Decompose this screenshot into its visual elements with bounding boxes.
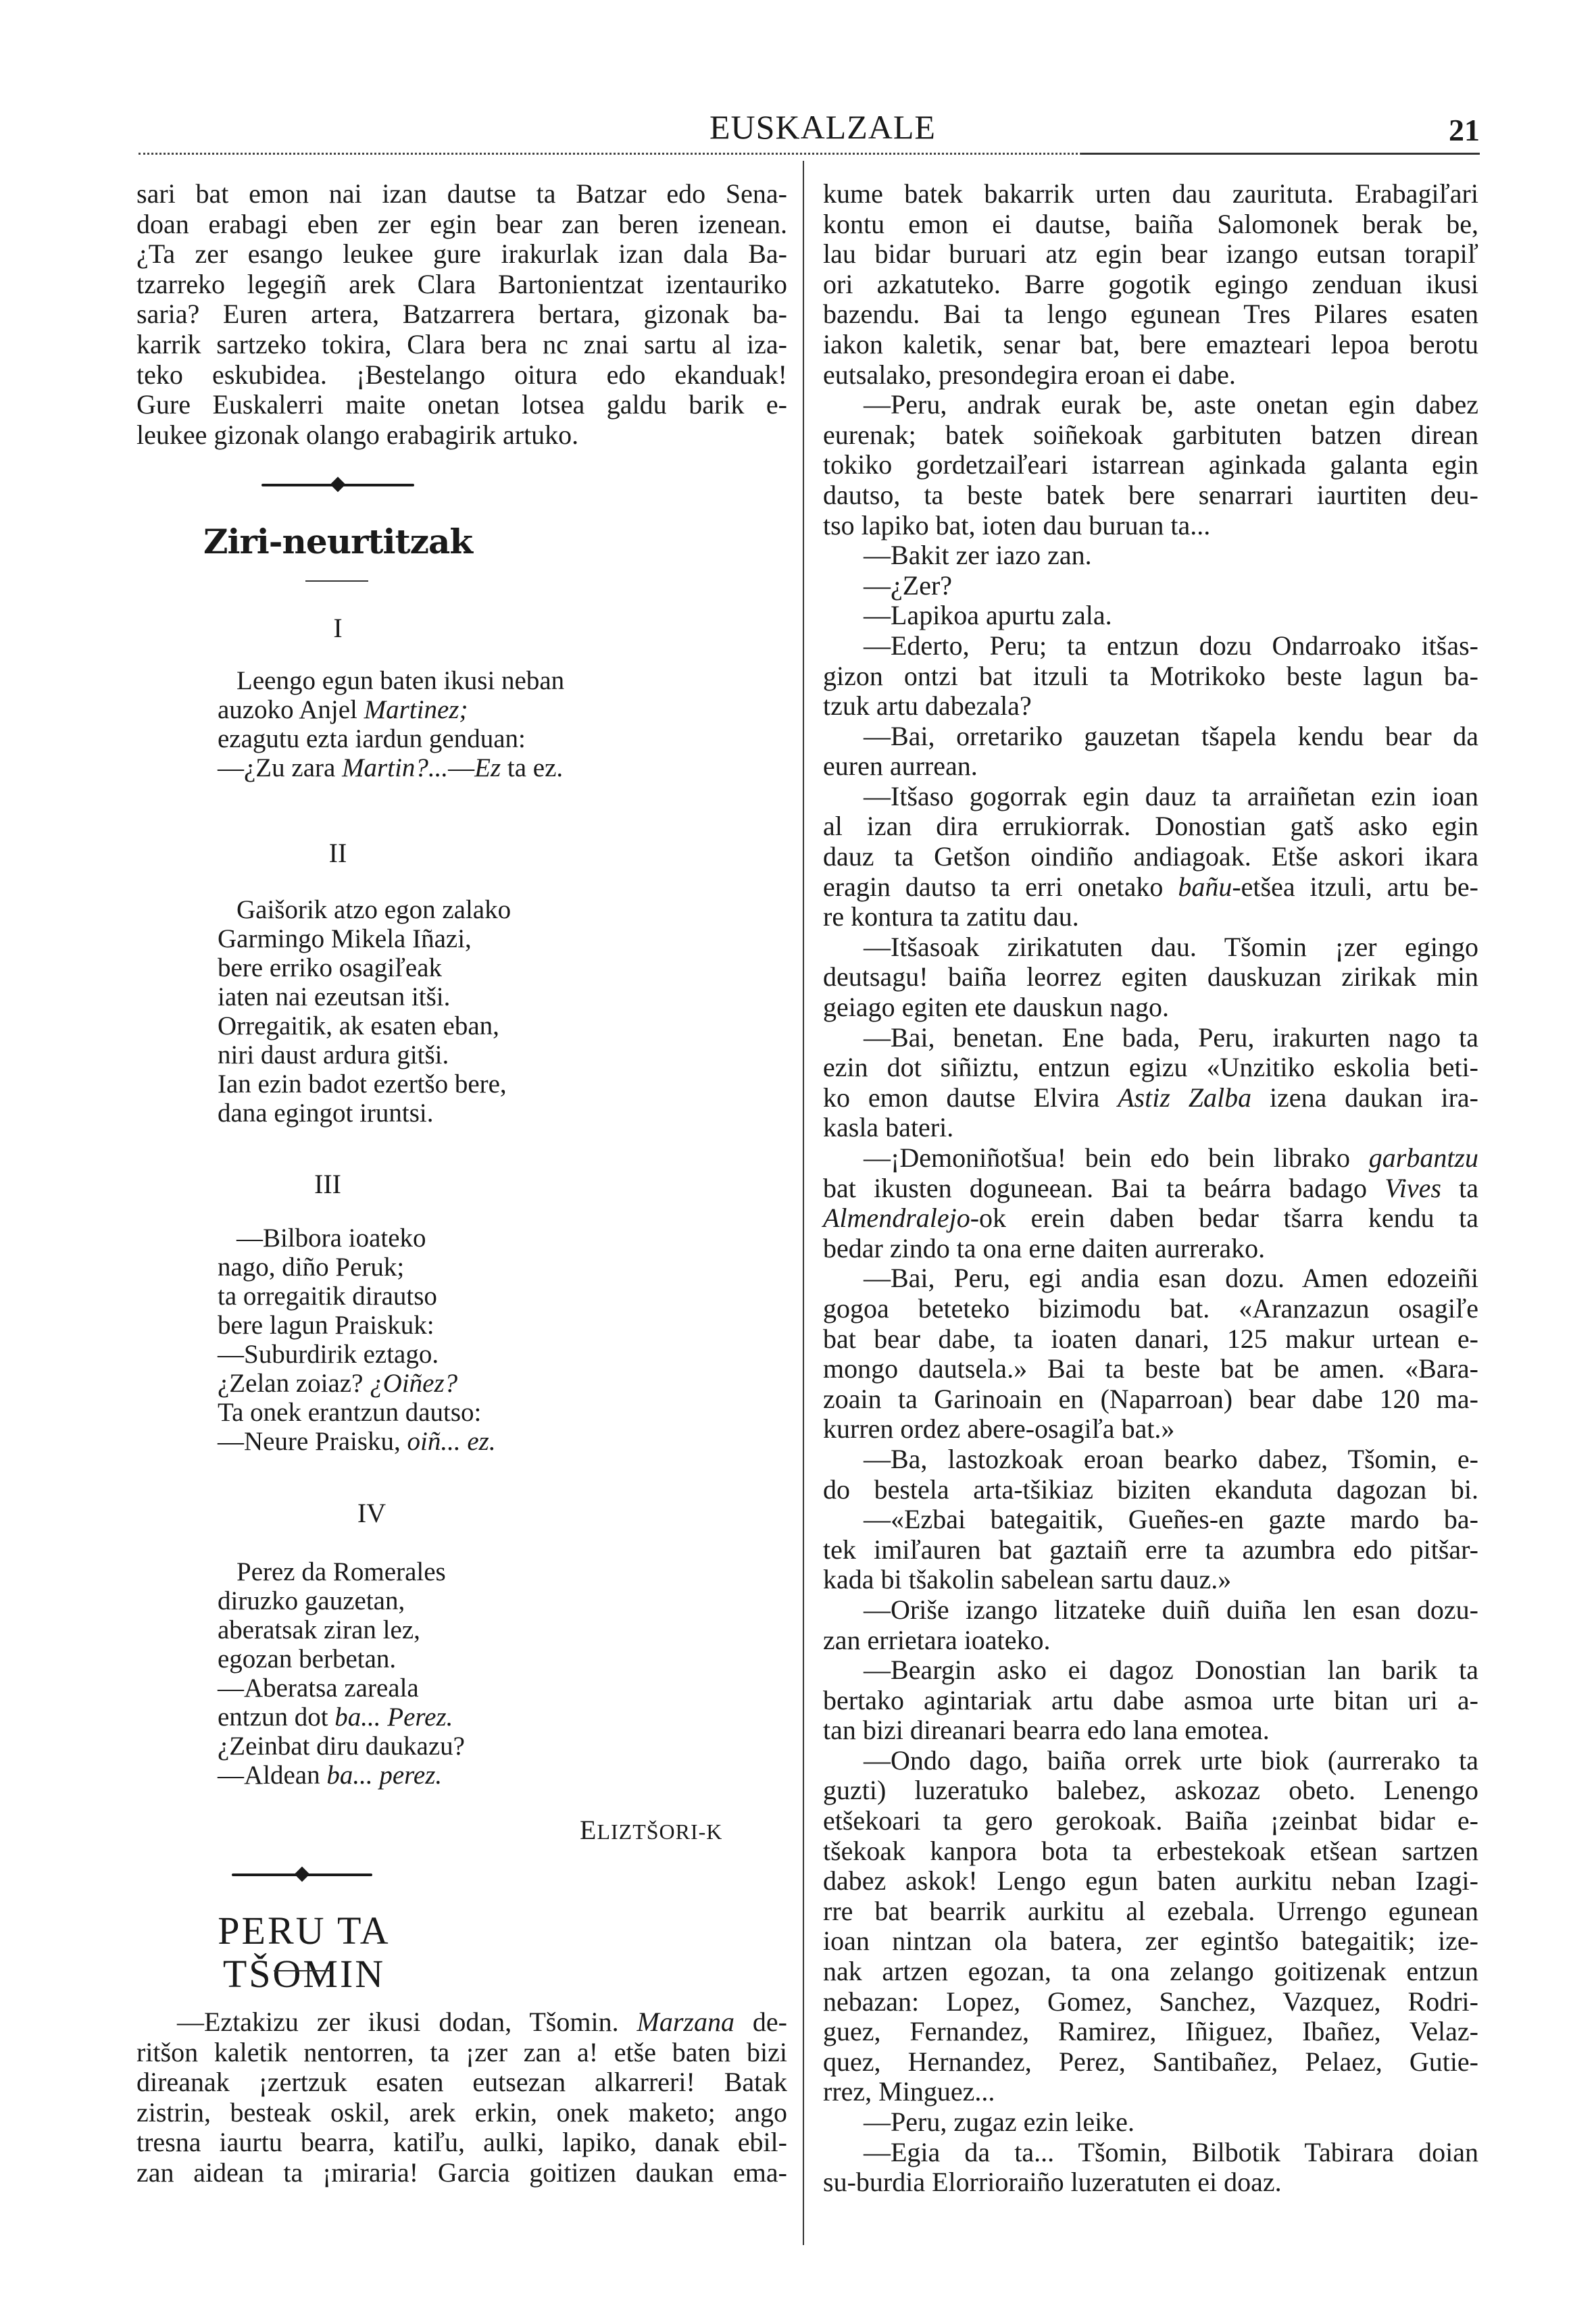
text-line: kontu emon ei dautse, baiña Salomonek be… — [823, 209, 1478, 240]
text-line: aberatsak ziran lez, — [218, 1615, 758, 1644]
text-run: Gaišorik atzo egon zalako — [236, 895, 511, 924]
signature-rest: LIZTŠORI-K — [597, 1819, 722, 1844]
text-line: tek imiľauren bat gaztaiñ erre ta azumbr… — [823, 1535, 1478, 1565]
text-run: ezagutu ezta iardun genduan: — [218, 724, 526, 753]
text-run: ¿Zeinbat diru daukazu? — [218, 1732, 465, 1761]
italic-text: ba... Perez. — [334, 1703, 453, 1732]
text-line: —Ondo dago, baiña orrek urte biok (aurre… — [823, 1746, 1478, 1776]
text-line: —Lapikoa apurtu zala. — [823, 601, 1478, 631]
text-line: —Peru, zugaz ezin leike. — [823, 2107, 1478, 2138]
text-line: Leengo egun baten ikusi neban — [218, 666, 758, 695]
italic-text: Almendralejo — [823, 1203, 970, 1233]
section-title-ziri-neurtitzak: Ziri-neurtitzak — [203, 520, 473, 563]
text-run: dana egingot iruntsi. — [218, 1099, 434, 1128]
text-run: —Egia da ta... Tšomin, Bilbotik Tabirara… — [864, 2137, 1478, 2167]
text-run: —¿Zer? — [864, 570, 952, 601]
text-run: ori azkatuteko. Barre gogotik egingo zen… — [823, 269, 1478, 299]
text-run: kume batek bakarrik urten dau zaurituta.… — [823, 178, 1478, 209]
text-line: doan erabagi eben zer egin bear zan bere… — [136, 209, 787, 240]
text-line: Almendralejo-ok erein daben bedar tšarra… — [823, 1203, 1478, 1234]
text-line: direanak ¡zertzuk esaten eutsezan alkarr… — [136, 2067, 787, 2098]
text-run: tšekoak kanpora bota ta erbestekoak etše… — [823, 1836, 1478, 1866]
text-run: guez, Fernandez, Ramirez, Iñiguez, Ibañe… — [823, 2016, 1478, 2046]
text-line: —Peru, andrak eurak be, aste onetan egin… — [823, 390, 1478, 420]
text-line: dautso, ta beste batek bere senarrari ia… — [823, 480, 1478, 511]
text-line: —«Ezbai bategaitik, Gueñes-en gazte mard… — [823, 1505, 1478, 1535]
text-line: —Suburdirik eztago. — [218, 1340, 758, 1369]
text-line: zan aidean ta ¡miraria! Garcia goitizen … — [136, 2158, 787, 2188]
text-run: dauz ta Getšon oindiño andiagoak. Etše a… — [823, 841, 1478, 872]
ornament-diamond-icon — [330, 477, 346, 493]
text-line: auzoko Anjel Martinez; — [218, 695, 758, 724]
text-run: gizon ontzi bat itzuli ta Motrikoko best… — [823, 661, 1478, 691]
stanza-3: —Bilbora ioatekonago, diño Peruk;ta orre… — [218, 1224, 758, 1456]
text-run: —¿Zu zara — [218, 753, 342, 782]
text-line: ta orregaitik dirautso — [218, 1282, 758, 1311]
title-underline-2 — [274, 1970, 331, 1971]
text-line: iaten nai ezeutsan itši. — [218, 982, 758, 1011]
text-line: tzuk artu dabezala? — [823, 691, 1478, 722]
text-line: Ian ezin badot ezertšo bere, — [218, 1070, 758, 1099]
text-run: bazendu. Bai ta lengo egunean Tres Pilar… — [823, 299, 1478, 329]
text-line: bere erriko osagiľeak — [218, 953, 758, 982]
text-run: Garmingo Mikela Iñazi, — [218, 924, 472, 953]
text-run: tzuk artu dabezala? — [823, 690, 1032, 721]
italic-text: Astiz Zalba — [1118, 1082, 1251, 1113]
text-line: karrik sartzeko tokira, Clara bera nc zn… — [136, 330, 787, 360]
text-run: —Aberatsa zareala — [218, 1674, 419, 1703]
header-rule-solid — [1081, 153, 1480, 155]
text-line: teko eskubidea. ¡Bestelango oitura edo e… — [136, 360, 787, 391]
text-line: guzti) luzeratuko balebez, askozaz obeto… — [823, 1776, 1478, 1806]
text-run: gogoa beteteko bizimodu bat. «Aranzazun … — [823, 1293, 1478, 1324]
text-run: teko eskubidea. ¡Bestelango oitura edo e… — [136, 359, 787, 390]
text-line: —¡Demoniñotšua! bein edo bein librako ga… — [823, 1143, 1478, 1174]
text-run: —Bai, Peru, egi andia esan dozu. Amen ed… — [864, 1263, 1478, 1293]
text-line: —Itšaso gogorrak egin dauz ta arraiñetan… — [823, 782, 1478, 812]
text-line: ioan nintzan ola batera, zer egintšo bat… — [823, 1926, 1478, 1957]
text-line: ¿Ta zer esango leukee gure irakurlak iza… — [136, 239, 787, 270]
text-run: ¿Zelan zoiaz? — [218, 1369, 370, 1398]
text-run: —Bai, benetan. Ene bada, Peru, irakurten… — [864, 1022, 1478, 1053]
text-run: diruzko gauzetan, — [218, 1586, 405, 1615]
text-run: guzti) luzeratuko balebez, askozaz obeto… — [823, 1775, 1478, 1805]
text-run: zan aidean ta ¡miraria! Garcia goitizen … — [136, 2157, 787, 2188]
page-number: 21 — [1419, 110, 1480, 151]
text-line: eragin dautso ta erri onetako bañu-etšea… — [823, 872, 1478, 903]
ornament-diamond-icon — [295, 1867, 310, 1882]
text-run: — — [448, 753, 474, 782]
intro-paragraph: sari bat emon nai izan dautse ta Batzar … — [136, 179, 787, 450]
text-run: auzoko Anjel — [218, 695, 364, 724]
text-line: niri daust ardura gitši. — [218, 1040, 758, 1070]
text-run: iakon kaletik, senar bat, bere emazteari… — [823, 329, 1478, 359]
text-line: dauz ta Getšon oindiño andiagoak. Etše a… — [823, 842, 1478, 872]
text-run: ta orregaitik dirautso — [218, 1282, 437, 1311]
text-run: nak artzen egozan, ta ona zelango goitiz… — [823, 1956, 1478, 1986]
text-line: —Itšasoak zirikatuten dau. Tšomin ¡zer e… — [823, 932, 1478, 963]
text-run: —Suburdirik eztago. — [218, 1340, 439, 1369]
text-run: —Neure Praisku, — [218, 1427, 407, 1456]
text-run: zan errietara ioateko. — [823, 1625, 1050, 1655]
text-line: Perez da Romerales — [218, 1557, 758, 1586]
italic-text: garbantzu — [1369, 1142, 1478, 1173]
text-line: Garmingo Mikela Iñazi, — [218, 924, 758, 953]
stanza-numeral-4: IV — [270, 1496, 473, 1530]
text-run: kada bi tšakolin sabelean sartu dauz.» — [823, 1564, 1231, 1594]
italic-text: oiñ... ez. — [407, 1427, 496, 1456]
text-line: zistrin, besteak oskil, arek erkin, onek… — [136, 2098, 787, 2128]
text-run: kurren ordez abere-osagiľa bat.» — [823, 1413, 1174, 1444]
text-run: eragin dautso ta erri onetako — [823, 872, 1178, 902]
text-run: eutsalako, presondegira eroan ei dabe. — [823, 359, 1236, 390]
text-line: iakon kaletik, senar bat, bere emazteari… — [823, 330, 1478, 360]
text-line: saria? Euren artera, Batzarrera bertara,… — [136, 299, 787, 330]
text-run: —Ondo dago, baiña orrek urte biok (aurre… — [864, 1745, 1478, 1776]
text-line: —¿Zu zara Martin?...—Ez ta ez. — [218, 753, 758, 782]
text-line: euren aurrean. — [823, 751, 1478, 782]
text-line: bere lagun Praiskuk: — [218, 1311, 758, 1340]
text-run: bere erriko osagiľeak — [218, 953, 442, 982]
text-line: sari bat emon nai izan dautse ta Batzar … — [136, 179, 787, 209]
text-run: rre bat bearrik aurkitu al ezebala. Urre… — [823, 1896, 1478, 1926]
italic-text: Marzana — [637, 2007, 734, 2037]
text-line: ¿Zelan zoiaz? ¿Oiñez? — [218, 1369, 758, 1398]
text-line: ezin dot siñiztu, entzun egizu «Unzitiko… — [823, 1053, 1478, 1083]
text-run: al izan dira errukiorrak. Donostian gatš… — [823, 811, 1478, 841]
text-run: -etšea itzuli, artu be- — [1232, 872, 1478, 902]
text-run: bertako agintariak artu dabe asmoa urte … — [823, 1685, 1478, 1715]
text-run: zoain ta Garinoain en (Naparroan) bear d… — [823, 1384, 1478, 1414]
text-line: rrez, Minguez... — [823, 2077, 1478, 2107]
text-line: su-burdia Elorrioraiño luzeratuten ei do… — [823, 2167, 1478, 2198]
text-run: Ian ezin badot ezertšo bere, — [218, 1070, 507, 1099]
text-run: aberatsak ziran lez, — [218, 1615, 420, 1644]
text-line: egozan berbetan. — [218, 1644, 758, 1674]
text-line: bat bear dabe, ta ioaten danari, 125 mak… — [823, 1324, 1478, 1355]
text-line: gizon ontzi bat itzuli ta Motrikoko best… — [823, 661, 1478, 692]
italic-text: Martinez; — [364, 695, 468, 724]
text-run: sari bat emon nai izan dautse ta Batzar … — [136, 178, 787, 209]
text-line: etšekoari ta gero gerokoak. Baiña ¡zeinb… — [823, 1806, 1478, 1836]
text-run: direanak ¡zertzuk esaten eutsezan alkarr… — [136, 2067, 787, 2097]
text-run: ioan nintzan ola batera, zer egintšo bat… — [823, 1926, 1478, 1956]
text-run: geiago egiten ete dauskun nago. — [823, 992, 1169, 1022]
text-line: —Egia da ta... Tšomin, Bilbotik Tabirara… — [823, 2138, 1478, 2168]
text-line: zoain ta Garinoain en (Naparroan) bear d… — [823, 1384, 1478, 1415]
text-run: —Bai, orretariko gauzetan tšapela kendu … — [864, 721, 1478, 751]
text-line: tšekoak kanpora bota ta erbestekoak etše… — [823, 1836, 1478, 1867]
text-line: kada bi tšakolin sabelean sartu dauz.» — [823, 1565, 1478, 1595]
text-line: eurenak; batek soiñekoak garbituten batz… — [823, 420, 1478, 451]
text-run: bat ikusten doguneean. Bai ta beárra bad… — [823, 1173, 1385, 1203]
text-run: —Beargin asko ei dagoz Donostian lan bar… — [864, 1655, 1478, 1685]
italic-text: ba... perez. — [326, 1761, 442, 1790]
text-run: ta ez. — [501, 753, 563, 782]
text-run: niri daust ardura gitši. — [218, 1040, 449, 1070]
text-line: al izan dira errukiorrak. Donostian gatš… — [823, 811, 1478, 842]
text-run: eurenak; batek soiñekoak garbituten batz… — [823, 420, 1478, 450]
text-run: —Bakit zer iazo zan. — [864, 540, 1092, 570]
text-run: Leengo egun baten ikusi neban — [236, 666, 564, 695]
text-run: rrez, Minguez... — [823, 2076, 995, 2107]
text-line: zan errietara ioateko. — [823, 1626, 1478, 1656]
text-run: —Peru, zugaz ezin leike. — [864, 2107, 1134, 2137]
title-underline — [305, 580, 368, 582]
stanza-2: Gaišorik atzo egon zalakoGarmingo Mikela… — [218, 895, 758, 1128]
text-run: iaten nai ezeutsan itši. — [218, 982, 450, 1011]
text-line: —Aldean ba... perez. — [218, 1761, 758, 1790]
text-line: re kontura ta zatitu dau. — [823, 902, 1478, 932]
text-run: —Ederto, Peru; ta entzun dozu Ondarroako… — [864, 630, 1478, 661]
text-run: —¡Demoniñotšua! bein edo bein librako — [864, 1142, 1369, 1173]
text-line: do bestela arta-tšikiaz biziten ekanduta… — [823, 1475, 1478, 1505]
italic-text: Ez — [474, 753, 501, 782]
text-line: Gure Euskalerri maite onetan lotsea gald… — [136, 390, 787, 420]
text-line: tresna iaurtu bearra, katiľu, aulki, lap… — [136, 2128, 787, 2158]
text-run: kasla bateri. — [823, 1112, 953, 1142]
text-run: lau bidar buruari atz egin bear izango e… — [823, 238, 1478, 269]
text-line: tzarreko legegiñ arek Clara Bartonientza… — [136, 270, 787, 300]
text-run: egozan berbetan. — [218, 1644, 396, 1674]
text-run: bedar zindo ta ona erne daiten aurrerako… — [823, 1233, 1265, 1263]
ornament-divider — [261, 478, 414, 492]
text-run: karrik sartzeko tokira, Clara bera nc zn… — [136, 329, 787, 359]
text-run: —Eztakizu zer ikusi dodan, Tšomin. — [177, 2007, 637, 2037]
text-line: bat ikusten doguneean. Bai ta beárra bad… — [823, 1174, 1478, 1204]
text-line: kurren ordez abere-osagiľa bat.» — [823, 1414, 1478, 1444]
text-line: entzun dot ba... Perez. — [218, 1703, 758, 1732]
italic-text: Martin?... — [342, 753, 448, 782]
text-run: —Oriše izango litzateke duiñ duiña len e… — [864, 1594, 1478, 1625]
text-run: tresna iaurtu bearra, katiľu, aulki, lap… — [136, 2127, 787, 2157]
text-run: —Peru, andrak eurak be, aste onetan egin… — [864, 389, 1478, 420]
text-line: kume batek bakarrik urten dau zaurituta.… — [823, 179, 1478, 209]
text-run: —Itšasoak zirikatuten dau. Tšomin ¡zer e… — [864, 932, 1478, 962]
text-line: dabez askok! Lengo egun baten aurkitu ne… — [823, 1866, 1478, 1896]
text-line: gogoa beteteko bizimodu bat. «Aranzazun … — [823, 1294, 1478, 1324]
text-run: nebazan: Lopez, Gomez, Sanchez, Vazquez,… — [823, 1986, 1478, 2017]
text-line: nebazan: Lopez, Gomez, Sanchez, Vazquez,… — [823, 1987, 1478, 2017]
text-line: diruzko gauzetan, — [218, 1586, 758, 1615]
ornament-divider-2 — [232, 1868, 372, 1882]
text-line: —Aberatsa zareala — [218, 1674, 758, 1703]
right-column-text: kume batek bakarrik urten dau zaurituta.… — [823, 179, 1478, 2198]
stanza-numeral-1: I — [236, 611, 439, 645]
italic-text: bañu — [1178, 872, 1232, 902]
text-line: —Beargin asko ei dagoz Donostian lan bar… — [823, 1655, 1478, 1686]
text-run: —Itšaso gogorrak egin dauz ta arraiñetan… — [864, 781, 1478, 811]
text-run: tan bizi direanari bearra edo lana emote… — [823, 1715, 1270, 1745]
text-run: tek imiľauren bat gaztaiñ erre ta azumbr… — [823, 1534, 1478, 1565]
text-line: —Bakit zer iazo zan. — [823, 540, 1478, 571]
author-signature: ELIZTŠORI-K — [580, 1813, 722, 1848]
signature-initial: E — [580, 1815, 597, 1845]
stanza-numeral-2: II — [236, 836, 439, 870]
text-run: bere lagun Praiskuk: — [218, 1311, 434, 1340]
running-title: EUSKALZALE — [709, 107, 912, 147]
text-line: —Oriše izango litzateke duiñ duiña len e… — [823, 1595, 1478, 1626]
text-line: —Neure Praisku, oiñ... ez. — [218, 1427, 758, 1456]
stanza-4: Perez da Romeralesdiruzko gauzetan,abera… — [218, 1557, 758, 1790]
column-divider — [803, 161, 804, 2245]
text-line: —Ederto, Peru; ta entzun dozu Ondarroako… — [823, 631, 1478, 661]
text-line: ritšon kaletik nentorren, ta ¡zer zan a!… — [136, 2038, 787, 2068]
dialogue-opening: —Eztakizu zer ikusi dodan, Tšomin. Marza… — [136, 2007, 787, 2188]
text-run: ezin dot siñiztu, entzun egizu «Unzitiko… — [823, 1052, 1478, 1082]
italic-text: ¿Oiñez? — [370, 1369, 457, 1398]
text-run: mongo dautsela.» Bai ta beste bat be ame… — [823, 1353, 1478, 1384]
text-run: de- — [734, 2007, 787, 2037]
text-run: ko emon dautse Elvira — [823, 1082, 1118, 1113]
text-run: nago, diño Peruk; — [218, 1253, 404, 1282]
text-line: —Bai, orretariko gauzetan tšapela kendu … — [823, 722, 1478, 752]
text-line: lau bidar buruari atz egin bear izango e… — [823, 239, 1478, 270]
text-line: ori azkatuteko. Barre gogotik egingo zen… — [823, 270, 1478, 300]
text-run: saria? Euren artera, Batzarrera bertara,… — [136, 299, 787, 329]
text-line: tokiko gordetzaiľeari istarrean aginkada… — [823, 450, 1478, 480]
text-run: su-burdia Elorrioraiño luzeratuten ei do… — [823, 2167, 1282, 2197]
section-title-peru-ta-tsomin: PERU TA TŠOMIN — [162, 1909, 446, 1996]
text-line: —Eztakizu zer ikusi dodan, Tšomin. Marza… — [136, 2007, 787, 2038]
text-run: dautso, ta beste batek bere senarrari ia… — [823, 480, 1478, 510]
text-line: eutsalako, presondegira eroan ei dabe. — [823, 360, 1478, 391]
text-run: —Lapikoa apurtu zala. — [864, 600, 1112, 630]
text-line: Gaišorik atzo egon zalako — [218, 895, 758, 924]
text-line: Ta onek erantzun dautso: — [218, 1398, 758, 1427]
text-run: doan erabagi eben zer egin bear zan bere… — [136, 209, 787, 239]
text-line: nago, diño Peruk; — [218, 1253, 758, 1282]
text-run: Gure Euskalerri maite onetan lotsea gald… — [136, 389, 787, 420]
text-run: bat bear dabe, ta ioaten danari, 125 mak… — [823, 1324, 1478, 1354]
text-line: kasla bateri. — [823, 1113, 1478, 1143]
text-run: entzun dot — [218, 1703, 334, 1732]
text-run: tokiko gordetzaiľeari istarrean aginkada… — [823, 449, 1478, 480]
text-line: —¿Zer? — [823, 571, 1478, 601]
text-line: mongo dautsela.» Bai ta beste bat be ame… — [823, 1354, 1478, 1384]
text-line: —Ba, lastozkoak eroan bearko dabez, Tšom… — [823, 1444, 1478, 1475]
text-line: bertako agintariak artu dabe asmoa urte … — [823, 1686, 1478, 1716]
text-run: euren aurrean. — [823, 751, 978, 781]
text-line: leukee gizonak olango erabagirik artuko. — [136, 420, 787, 451]
text-line: quez, Hernandez, Perez, Santibañez, Pela… — [823, 2047, 1478, 2078]
text-line: —Bai, Peru, egi andia esan dozu. Amen ed… — [823, 1263, 1478, 1294]
text-line: bazendu. Bai ta lengo egunean Tres Pilar… — [823, 299, 1478, 330]
text-run: quez, Hernandez, Perez, Santibañez, Pela… — [823, 2046, 1478, 2077]
text-run: —«Ezbai bategaitik, Gueñes-en gazte mard… — [864, 1504, 1478, 1534]
text-run: —Bilbora ioateko — [236, 1224, 426, 1253]
text-line: Orregaitik, ak esaten eban, — [218, 1011, 758, 1040]
text-line: rre bat bearrik aurkitu al ezebala. Urre… — [823, 1896, 1478, 1927]
text-run: Perez da Romerales — [236, 1557, 446, 1586]
text-line: guez, Fernandez, Ramirez, Iñiguez, Ibañe… — [823, 2017, 1478, 2047]
text-run: —Ba, lastozkoak eroan bearko dabez, Tšom… — [864, 1444, 1478, 1474]
text-run: tso lapiko bat, ioten dau buruan ta... — [823, 510, 1210, 540]
text-line: —Bilbora ioateko — [218, 1224, 758, 1253]
text-run: tzarreko legegiñ arek Clara Bartonientza… — [136, 269, 787, 299]
text-run: zistrin, besteak oskil, arek erkin, onek… — [136, 2097, 787, 2128]
text-line: nak artzen egozan, ta ona zelango goitiz… — [823, 1957, 1478, 1987]
text-line: —Bai, benetan. Ene bada, Peru, irakurten… — [823, 1023, 1478, 1053]
text-run: ta — [1441, 1173, 1478, 1203]
text-line: ko emon dautse Elvira Astiz Zalba izena … — [823, 1083, 1478, 1113]
text-run: deutsagu! baiña leorrez egiten dauskuzan… — [823, 961, 1478, 992]
text-line: geiago egiten ete dauskun nago. — [823, 992, 1478, 1023]
text-line: dana egingot iruntsi. — [218, 1099, 758, 1128]
text-line: bedar zindo ta ona erne daiten aurrerako… — [823, 1234, 1478, 1264]
text-run: re kontura ta zatitu dau. — [823, 901, 1079, 932]
stanza-1: Leengo egun baten ikusi nebanauzoko Anje… — [218, 666, 758, 782]
text-line: ¿Zeinbat diru daukazu? — [218, 1732, 758, 1761]
text-line: tso lapiko bat, ioten dau buruan ta... — [823, 511, 1478, 541]
text-run: etšekoari ta gero gerokoak. Baiña ¡zeinb… — [823, 1805, 1478, 1836]
text-run: ¿Ta zer esango leukee gure irakurlak iza… — [136, 238, 787, 269]
text-run: Orregaitik, ak esaten eban, — [218, 1011, 499, 1040]
text-line: deutsagu! baiña leorrez egiten dauskuzan… — [823, 962, 1478, 992]
text-run: —Aldean — [218, 1761, 326, 1790]
text-run: do bestela arta-tšikiaz biziten ekanduta… — [823, 1474, 1478, 1505]
text-line: tan bizi direanari bearra edo lana emote… — [823, 1715, 1478, 1746]
text-run: izena daukan ira- — [1251, 1082, 1478, 1113]
text-run: leukee gizonak olango erabagirik artuko. — [136, 420, 578, 450]
text-run: dabez askok! Lengo egun baten aurkitu ne… — [823, 1865, 1478, 1896]
text-line: ezagutu ezta iardun genduan: — [218, 724, 758, 753]
text-run: kontu emon ei dautse, baiña Salomonek be… — [823, 209, 1478, 239]
stanza-numeral-3: III — [226, 1167, 429, 1201]
italic-text: Vives — [1385, 1173, 1441, 1203]
text-run: -ok erein daben bedar tšarra kendu ta — [970, 1203, 1478, 1233]
text-run: Ta onek erantzun dautso: — [218, 1398, 481, 1427]
text-run: ritšon kaletik nentorren, ta ¡zer zan a!… — [136, 2037, 787, 2067]
